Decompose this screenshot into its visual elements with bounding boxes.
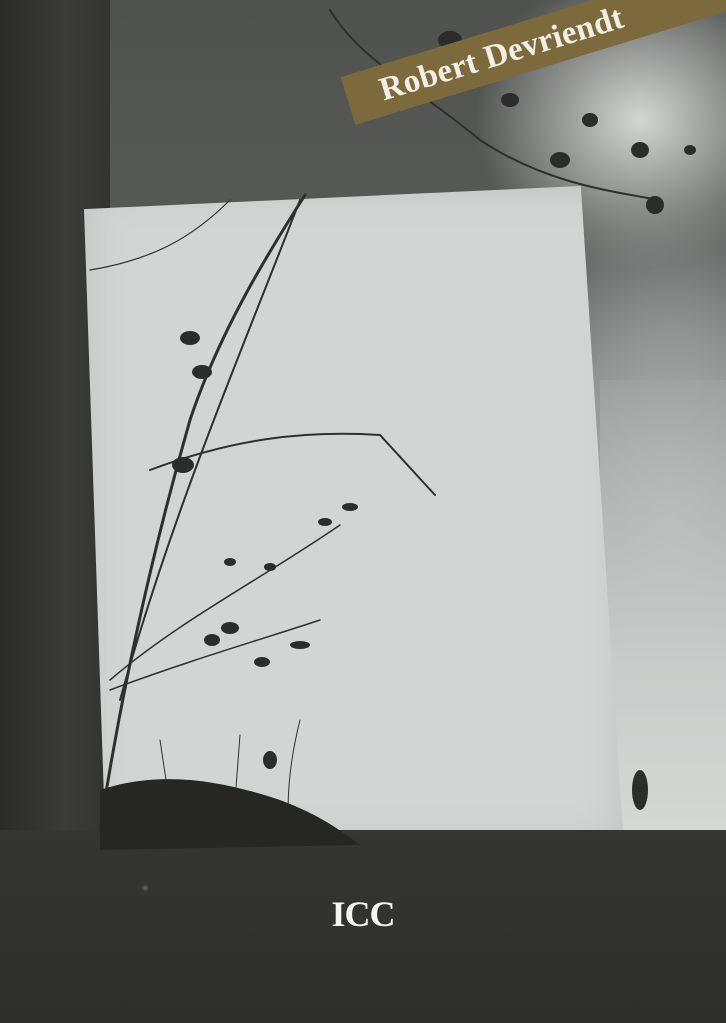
cover-photograph — [0, 0, 726, 1023]
publisher-logo: ICC — [0, 893, 726, 935]
branches-and-leaves — [0, 0, 726, 1023]
